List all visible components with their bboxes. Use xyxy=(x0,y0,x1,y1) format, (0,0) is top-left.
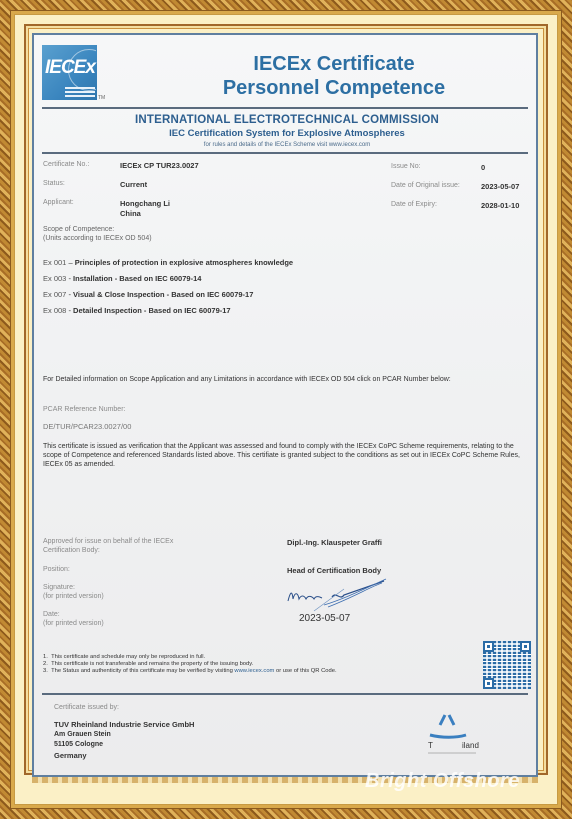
note-item: 3. The Status and authenticity of this c… xyxy=(43,668,337,675)
applicant-country: China xyxy=(120,209,141,218)
logo-text: IECEx xyxy=(45,57,95,79)
issuer-street: Am Grauen Stein xyxy=(54,730,111,740)
tuv-logo: T iland xyxy=(412,707,482,767)
certificate-no-label: Certificate No.: xyxy=(43,161,89,168)
trademark-mark: TM xyxy=(98,95,105,101)
certificate-subtitle: Personnel Competence xyxy=(134,77,534,100)
signature-label: Signature: xyxy=(43,584,75,591)
scope-label: Scope of Competence: xyxy=(43,226,114,233)
date-sublabel: (for printed version) xyxy=(43,620,104,627)
divider xyxy=(42,107,528,109)
note-item: 2. This certificate is not transferable … xyxy=(43,661,253,668)
issue-no-label: Issue No: xyxy=(391,163,421,170)
issuer-name: TUV Rheinland Industrie Service GmbH xyxy=(54,720,194,730)
scope-unit: Ex 003 - Installation - Based on IEC 600… xyxy=(43,274,201,283)
original-issue-value: 2023-05-07 xyxy=(481,182,519,191)
scope-unit: Ex 008 - Detailed Inspection - Based on … xyxy=(43,306,231,315)
divider xyxy=(42,693,528,695)
certificate-title: IECEx Certificate xyxy=(134,53,534,76)
status-value: Current xyxy=(120,180,147,189)
iecex-logo: IECEx xyxy=(42,45,97,100)
verification-qr-code[interactable] xyxy=(483,641,531,689)
org-name: INTERNATIONAL ELECTROTECHNICAL COMMISSIO… xyxy=(34,114,540,126)
tuv-triangle-icon xyxy=(412,707,482,767)
org-note: for rules and details of the IECEx Schem… xyxy=(34,142,540,148)
watermark: Bright Offshore xyxy=(365,770,520,793)
scope-unit: Ex 007 - Visual & Close Inspection - Bas… xyxy=(43,290,253,299)
approved-label-2: Certification Body: xyxy=(43,547,100,554)
scope-sublabel: (Units according to IECEx OD 504) xyxy=(43,235,152,242)
signature-sublabel: (for printed version) xyxy=(43,593,104,600)
certificate-no-value: IECEx CP TUR23.0027 xyxy=(120,161,199,170)
tuv-logo-text-left: T xyxy=(428,741,433,750)
issue-no-value: 0 xyxy=(481,163,485,172)
scope-unit: Ex 001 – Principles of protection in exp… xyxy=(43,258,293,267)
divider xyxy=(42,152,528,154)
tuv-logo-text-right: iland xyxy=(462,741,479,750)
note-item: 1. This certificate and schedule may onl… xyxy=(43,654,205,661)
issuer-country: Germany xyxy=(54,751,87,761)
issuer-city: 51105 Cologne xyxy=(54,740,103,750)
signature-image xyxy=(284,575,394,615)
certificate-page: IECEx TM IECEx Certificate Personnel Com… xyxy=(32,33,538,777)
pcar-label: PCAR Reference Number: xyxy=(43,406,125,413)
issuer-label: Certificate issued by: xyxy=(54,704,119,711)
applicant-label: Applicant: xyxy=(43,199,74,206)
logo-bars-icon xyxy=(65,87,95,99)
applicant-name: Hongchang Li xyxy=(120,199,170,208)
date-label: Date: xyxy=(43,611,60,618)
expiry-label: Date of Expiry: xyxy=(391,201,437,208)
iecex-link[interactable]: www.iecex.com xyxy=(234,668,274,674)
compliance-statement: This certificate is issued as verificati… xyxy=(43,442,531,469)
expiry-value: 2028-01-10 xyxy=(481,201,519,210)
pcar-reference-link[interactable]: DE/TUR/PCAR23.0027/00 xyxy=(43,422,131,431)
approver-name: Dipl.-Ing. Klauspeter Graffi xyxy=(287,538,382,547)
position-value: Head of Certification Body xyxy=(287,566,381,575)
status-label: Status: xyxy=(43,180,65,187)
position-label: Position: xyxy=(43,566,70,573)
original-issue-label: Date of Original issue: xyxy=(391,182,460,189)
approved-label: Approved for issue on behalf of the IECE… xyxy=(43,538,173,545)
pcar-info: For Detailed information on Scope Applic… xyxy=(43,375,531,384)
approval-date: 2023-05-07 xyxy=(299,613,350,624)
org-system: IEC Certification System for Explosive A… xyxy=(34,128,540,139)
